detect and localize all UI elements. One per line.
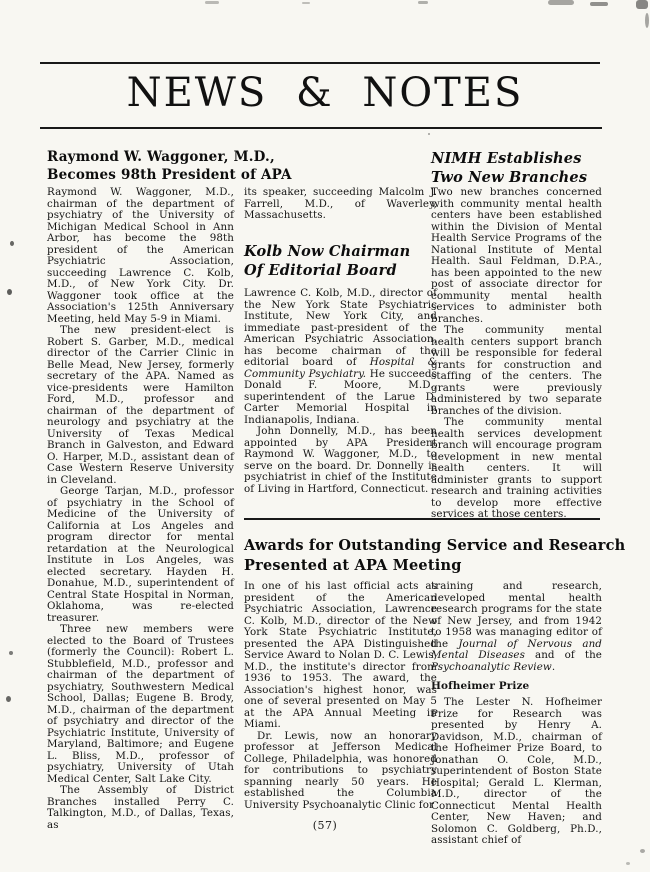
- paragraph: The community mental health services dev…: [431, 417, 602, 521]
- article1-headline: Raymond W. Waggoner, M.D., Becomes 98th …: [47, 149, 292, 184]
- paragraph: Three new members were elected to the Bo…: [47, 624, 234, 785]
- article1-headline-line1: Raymond W. Waggoner, M.D.,: [47, 149, 292, 167]
- paragraph: Raymond W. Waggoner, M.D., chairman of t…: [47, 187, 234, 325]
- scan-speck: [418, 1, 428, 4]
- scan-speck: [302, 2, 310, 4]
- awards-headline: Awards for Outstanding Service and Resea…: [244, 536, 625, 575]
- scan-speck: [7, 289, 12, 295]
- article2: Kolb Now Chairman Of Editorial Board Law…: [244, 242, 437, 495]
- article3-headline-line1: NIMH Establishes: [431, 149, 587, 168]
- text-run: .: [552, 661, 555, 673]
- scan-speck: [626, 862, 630, 865]
- article2-headline-line2: Of Editorial Board: [244, 261, 437, 280]
- paragraph: Lawrence C. Kolb, M.D., director of the …: [244, 288, 437, 426]
- paragraph: training and research, developed mental …: [431, 581, 602, 673]
- awards-column-right: training and research, developed mental …: [431, 581, 602, 847]
- paragraph: The new president-elect is Robert S. Gar…: [47, 325, 234, 486]
- paragraph: In one of his last official acts as pres…: [244, 581, 437, 731]
- journal-title-italic: Psychoanalytic Review: [431, 661, 552, 673]
- paragraph: its speaker, succeeding Malcolm J. Farre…: [244, 187, 437, 222]
- scan-speck: [636, 0, 648, 9]
- paragraph: George Tarjan, M.D., professor of psychi…: [47, 486, 234, 624]
- paragraph: Dr. Lewis, now an honorary professor at …: [244, 731, 437, 812]
- awards-headline-line1: Awards for Outstanding Service and Resea…: [244, 536, 625, 556]
- scan-speck: [640, 849, 645, 853]
- page-number: (57): [0, 819, 650, 832]
- scan-speck: [645, 13, 649, 28]
- scan-speck: [6, 696, 11, 702]
- article2-headline: Kolb Now Chairman Of Editorial Board: [244, 242, 437, 280]
- awards-section-rule: [244, 518, 600, 520]
- article3-headline: NIMH Establishes Two New Branches: [431, 149, 587, 187]
- scan-speck: [548, 0, 574, 5]
- article2-body: Lawrence C. Kolb, M.D., director of the …: [244, 288, 437, 495]
- article1-column2-continuation: its speaker, succeeding Malcolm J. Farre…: [244, 187, 437, 222]
- article3-body: Two new branches concerned with communit…: [431, 187, 602, 521]
- article1-column1-body: Raymond W. Waggoner, M.D., chairman of t…: [47, 187, 234, 831]
- masthead-rule-top: [40, 62, 600, 64]
- paragraph: The community mental health centers supp…: [431, 325, 602, 417]
- article3-headline-line2: Two New Branches: [431, 168, 587, 187]
- magazine-page: NEWS & NOTES Raymond W. Waggoner, M.D., …: [0, 0, 650, 872]
- scan-speck: [10, 241, 14, 246]
- article1-headline-line2: Becomes 98th President of APA: [47, 167, 292, 185]
- article2-headline-line1: Kolb Now Chairman: [244, 242, 437, 261]
- text-run: and of the: [525, 649, 602, 661]
- scan-speck: [205, 1, 219, 4]
- paragraph: John Donnelly, M.D., has been appointed …: [244, 426, 437, 495]
- awards-column-left: In one of his last official acts as pres…: [244, 581, 437, 811]
- hofheimer-prize-subhead: Hofheimer Prize: [431, 680, 602, 692]
- paragraph: Two new branches concerned with communit…: [431, 187, 602, 325]
- masthead-rule-bottom: [40, 127, 602, 129]
- scan-speck: [428, 133, 430, 135]
- scan-speck: [590, 2, 608, 6]
- scan-speck: [9, 651, 13, 655]
- awards-headline-line2: Presented at APA Meeting: [244, 556, 625, 576]
- section-masthead: NEWS & NOTES: [0, 70, 650, 116]
